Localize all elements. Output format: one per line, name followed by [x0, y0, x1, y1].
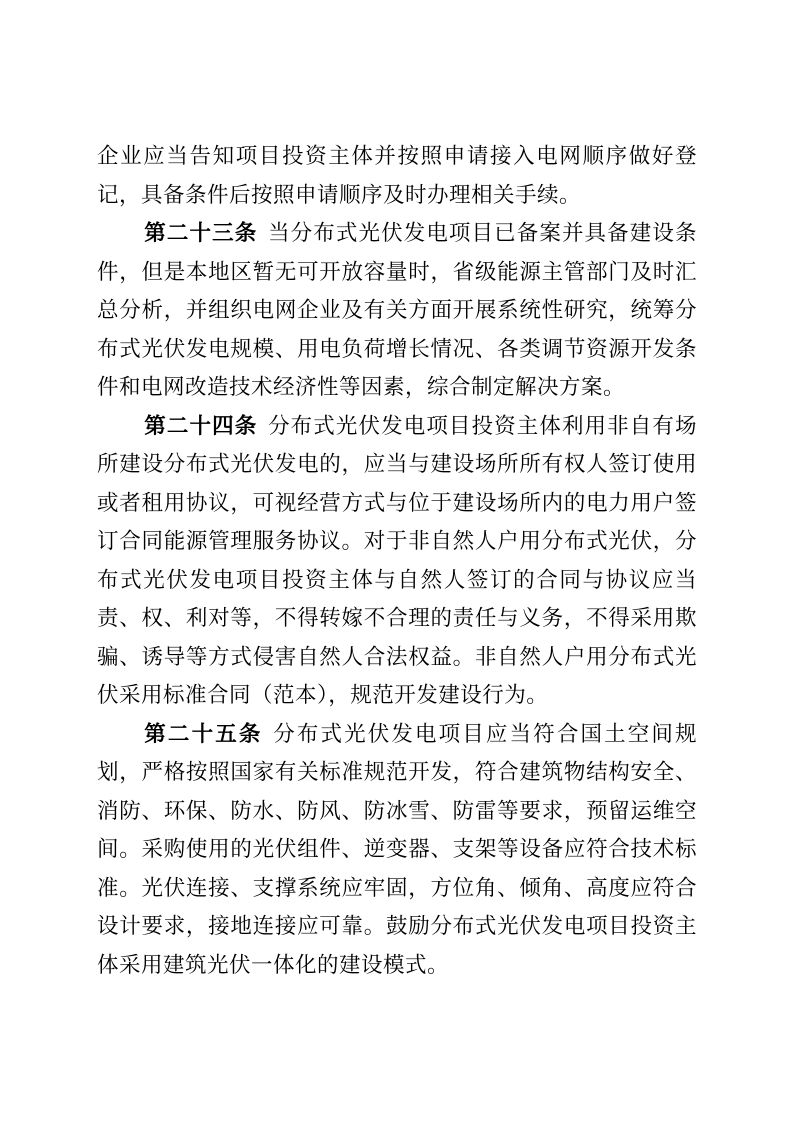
article-24-text: 分布式光伏发电项目投资主体利用非自有场所建设分布式光伏发电的，应当与建设场所所有…: [97, 414, 697, 708]
article-23-heading: 第二十三条: [144, 221, 257, 245]
document-body: 企业应当告知项目投资主体并按照申请接入电网顺序做好登记，具备条件后按照申请顺序及…: [97, 137, 697, 984]
paragraph-article-25: 第二十五条分布式光伏发电项目应当符合国土空间规划，严格按照国家有关标准规范开发，…: [97, 715, 697, 985]
article-23-text: 当分布式光伏发电项目已备案并具备建设条件，但是本地区暂无可开放容量时，省级能源主…: [97, 221, 697, 399]
paragraph-continuation: 企业应当告知项目投资主体并按照申请接入电网顺序做好登记，具备条件后按照申请顺序及…: [97, 137, 697, 214]
article-25-text: 分布式光伏发电项目应当符合国土空间规划，严格按照国家有关标准规范开发，符合建筑物…: [97, 722, 697, 977]
article-24-heading: 第二十四条: [144, 414, 257, 438]
document-page: 企业应当告知项目投资主体并按照申请接入电网顺序做好登记，具备条件后按照申请顺序及…: [0, 0, 793, 1122]
paragraph-article-24: 第二十四条分布式光伏发电项目投资主体利用非自有场所建设分布式光伏发电的，应当与建…: [97, 407, 697, 715]
paragraph-article-23: 第二十三条当分布式光伏发电项目已备案并具备建设条件，但是本地区暂无可开放容量时，…: [97, 214, 697, 407]
paragraph-text: 企业应当告知项目投资主体并按照申请接入电网顺序做好登记，具备条件后按照申请顺序及…: [97, 144, 697, 207]
article-25-heading: 第二十五条: [144, 722, 262, 746]
